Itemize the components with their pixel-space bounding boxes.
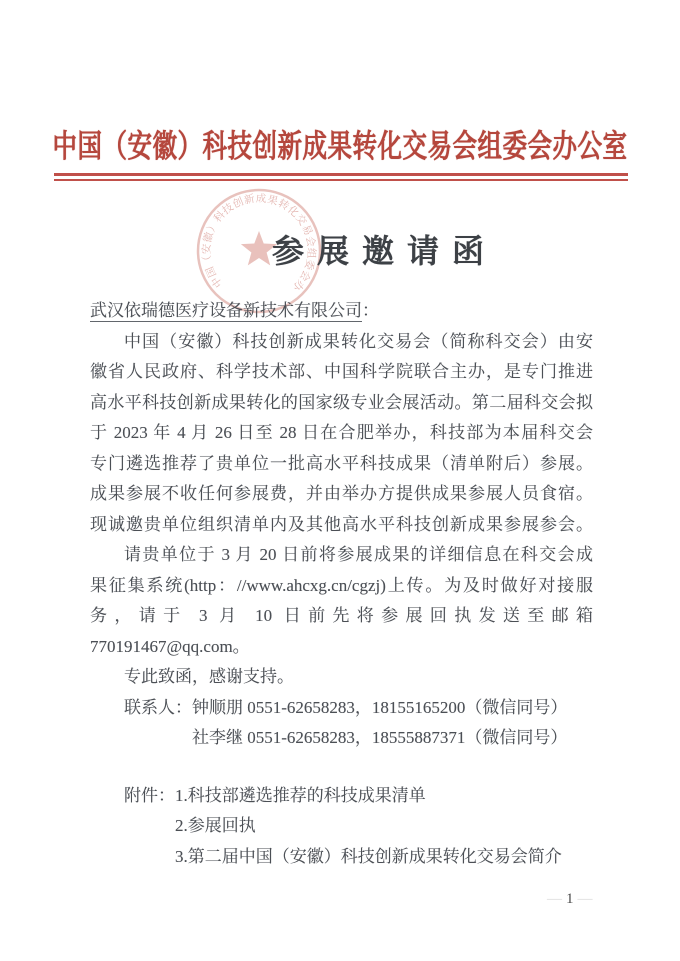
body-line: 现诚邀贵单位组织清单内及其他高水平科技创新成果参展参会。 (90, 510, 593, 541)
recipient-line: 武汉依瑞德医疗设备新技术有限公司： (90, 296, 593, 327)
page-number-value: 1 (566, 891, 574, 907)
attachment-item-3: 3.第二届中国（安徽）科技创新成果转化交易会简介 (175, 842, 593, 873)
letterhead-title: 中国（安徽）科技创新成果转化交易会组委会办公室 (0, 118, 680, 177)
body-line: 请贵单位于 3 月 20 日前将参展成果的详细信息在科交会成 (90, 540, 593, 571)
contact-line-1: 联系人：钟顺朋 0551-62658283，18155165200（微信同号） (90, 693, 593, 724)
body-line: 高水平科技创新成果转化的国家级专业会展活动。第二届科交会拟 (90, 388, 593, 419)
document-page: 中国（安徽）科技创新成果转化交易会组委会办公室 中国（安徽）科技创新成果转化交易… (0, 0, 680, 961)
email-line: 770191467@qq.com。 (90, 632, 593, 663)
body-line: 成果参展不收任何参展费，并由举办方提供成果参展人员食宿。 (90, 479, 593, 510)
body-line: 果征集系统(http：//www.ahcxg.cn/cgzj)上传。为及时做好对… (90, 571, 593, 602)
attachment-item-1: 1.科技部遴选推荐的科技成果清单 (175, 786, 426, 805)
attachment-item-2: 2.参展回执 (175, 811, 593, 842)
contact-person-1: 钟顺朋 0551-62658283，18155165200（微信同号） (192, 698, 567, 717)
body-line: 务，请于 3 月 10 日前先将参展回执发送至邮箱 (90, 601, 593, 632)
body-line: 中国（安徽）科技创新成果转化交易会（简称科交会）由安 (90, 327, 593, 358)
letterhead-divider (54, 173, 628, 181)
recipient-name: 武汉依瑞德医疗设备新技术有限公司 (90, 301, 362, 322)
body-line: 专门遴选推荐了贵单位一批高水平科技成果（清单附后）参展。 (90, 449, 593, 480)
page-number: —1— (543, 889, 597, 909)
body-line: 于 2023 年 4 月 26 日至 28 日在合肥举办，科技部为本届科交会 (90, 418, 593, 449)
body-line: 徽省人民政府、科学技术部、中国科学院联合主办，是专门推进 (90, 357, 593, 388)
letter-body: 武汉依瑞德医疗设备新技术有限公司： 中国（安徽）科技创新成果转化交易会（简称科交… (90, 296, 593, 872)
contact-line-2: 社李继 0551-62658283，18555887371（微信同号） (192, 723, 593, 754)
document-title: 参展邀请函 (272, 226, 497, 272)
contact-label: 联系人： (124, 698, 192, 717)
attachments-line-1: 附件：1.科技部遴选推荐的科技成果清单 (90, 781, 593, 812)
page-number-dash-left: — (543, 891, 566, 907)
closing-line: 专此致函，感谢支持。 (90, 662, 593, 693)
page-number-dash-right: — (574, 891, 597, 907)
contact-person-2: 社李继 0551-62658283，18555887371（微信同号） (192, 728, 567, 747)
recipient-colon: ： (362, 301, 379, 320)
attachments-label: 附件： (124, 786, 175, 805)
